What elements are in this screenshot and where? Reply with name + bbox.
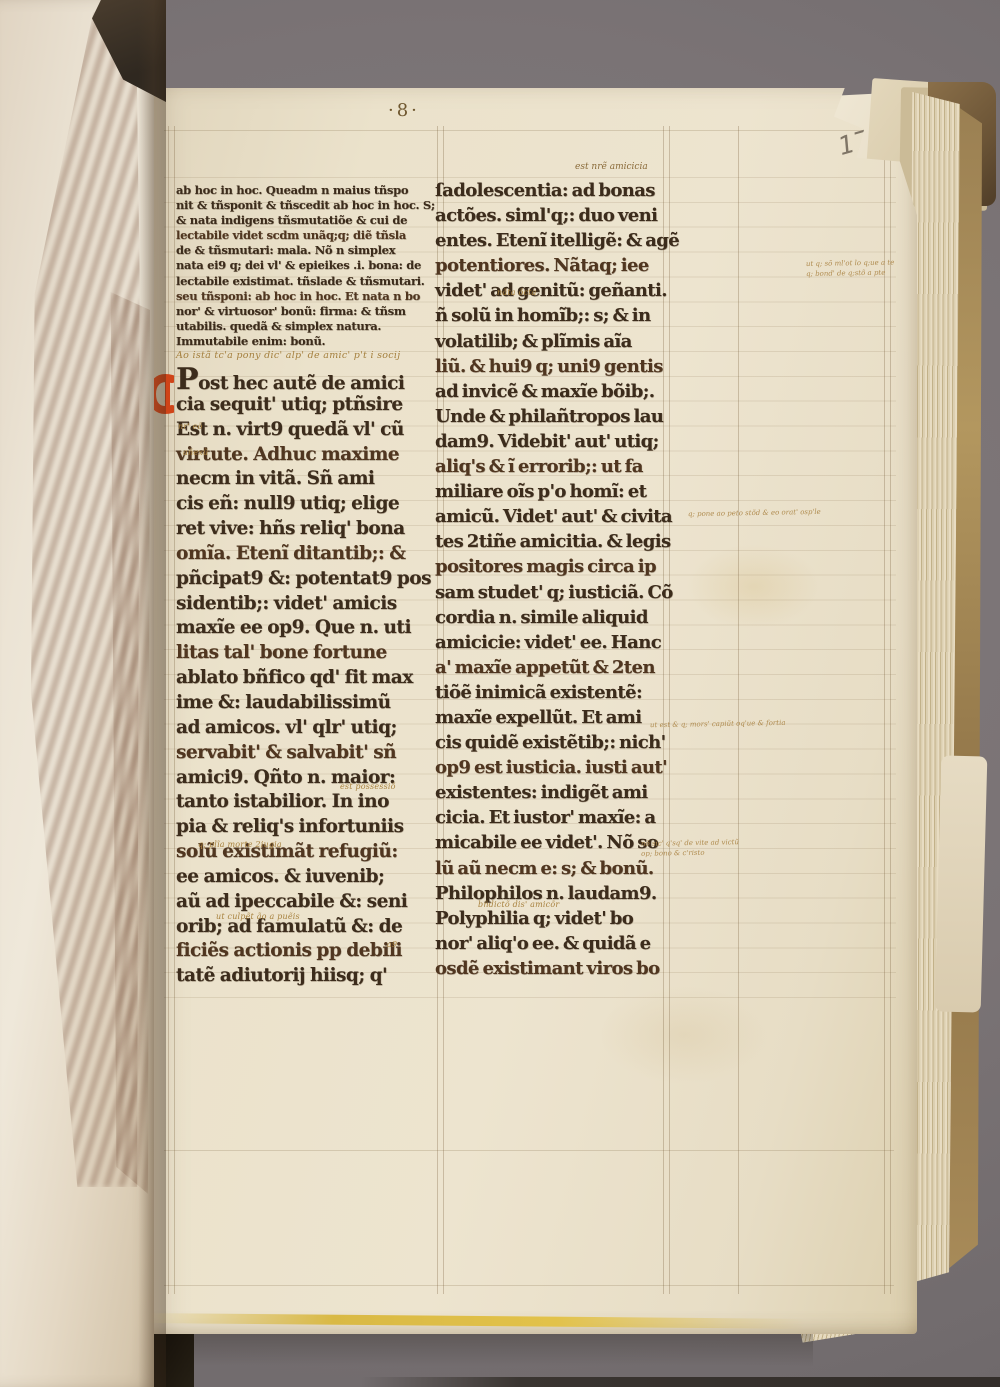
text-line: ad amicos. vl' qlr' utiq; — [176, 716, 444, 741]
text-line: liũ. & hui9 q; uni9 gentis — [435, 354, 669, 379]
interlinear-gloss: ut culpẽt ão a puẽis — [216, 912, 300, 921]
text-line: necm in vitã. Sñ ami — [176, 467, 444, 492]
text-line: amicũ. Videt' aut' & civita — [435, 504, 669, 529]
text-line: entes. Etenĩ itelligẽ: & agẽ — [435, 228, 669, 253]
text-line: cicia. Et iustor' maxĩe: a — [435, 805, 669, 830]
text-line: maxĩe expellũt. Et ami — [435, 705, 669, 730]
ruling-line-horizontal — [164, 1285, 894, 1286]
text-line: existentes: indigẽt ami — [435, 780, 669, 805]
margin-note: ut q; sõ ml'ot lo q;ue a te q; bond' de … — [806, 257, 921, 279]
ruling-line-vertical — [168, 126, 169, 1294]
ruling-line-vertical — [884, 126, 885, 1294]
interlinear-gloss: q; plĩa morte 2iugia — [198, 840, 282, 849]
gutter-shadow — [138, 0, 166, 1387]
text-line: osdẽ existimant viros bo — [435, 956, 669, 981]
text-line: cis eñ: null9 utiq; elige — [176, 492, 444, 517]
text-line: virtute. Adhuc maxime — [176, 443, 444, 468]
text-line: ab hoc in hoc. Queadm n maius tñspo — [176, 183, 444, 198]
text-line: amicicie: videt' ee. Hanc — [435, 630, 669, 655]
ruling-line-vertical — [669, 126, 670, 1294]
text-line: a' maxĩe appetũt & 2ten — [435, 655, 669, 680]
text-line: nit & tñsponit & tñscedit ab hoc in hoc.… — [176, 198, 444, 213]
text-line: dam9. Videbit' aut' utiq; — [435, 429, 669, 454]
margin-note: nõ sic' q'sq' de vite ad victũ op; bono … — [641, 837, 739, 859]
text-line: positores magis circa ip — [435, 554, 669, 579]
ruling-line-vertical — [174, 126, 175, 1294]
text-line: nata ei9 q; dei vl' & epieikes .i. bona:… — [176, 258, 444, 273]
left-column-text: Post hec autẽ de amicicia sequit' utiq; … — [176, 368, 444, 989]
ruling-line-horizontal — [164, 130, 894, 131]
interlinear-gloss: a9 — [387, 940, 397, 949]
photo-backdrop: 4 ·8· 173 — [0, 0, 1000, 1387]
manuscript-page: ·8· 173 ab hoc in hoc. Queadm n maius tñ… — [140, 88, 917, 1334]
table-edge-shadow — [360, 1377, 1000, 1387]
text-line: de & tñsmutari: mala. Nõ n simplex — [176, 243, 444, 258]
text-line: ablato bñfico qd' fit max — [176, 666, 444, 691]
text-line: micabile ee videt'. Nõ so — [435, 830, 669, 855]
text-line: Unde & philañtropos lau — [435, 404, 669, 429]
text-line: tatẽ adiutorij hiisq; q' — [176, 964, 444, 989]
text-line: ad invicẽ & maxĩe bõib;. — [435, 379, 669, 404]
interlinear-gloss: nãta õcta — [497, 288, 537, 297]
text-line: ee amicos. & iuvenib; — [176, 865, 444, 890]
interlinear-gloss: nr' eõ — [178, 422, 202, 431]
text-line: maxĩe ee op9. Que n. uti — [176, 616, 444, 641]
text-line: actões. siml'q;: duo veni — [435, 203, 669, 228]
facing-page-curled — [0, 0, 154, 1387]
interlinear-heading-gloss: est nrẽ amicicia — [575, 162, 648, 172]
text-line: pñcipat9 &: potentat9 pos — [176, 567, 444, 592]
text-line: op9 est iusticia. iusti aut' — [435, 755, 669, 780]
text-line: Polyphilia q; videt' bo — [435, 906, 669, 931]
right-column-text: ſadolescentia: ad bonasactões. siml'q;: … — [435, 178, 669, 981]
text-line: Est n. virt9 quedã vl' cũ — [176, 418, 444, 443]
interlinear-gloss: bñdictõ dis' amicõr — [478, 900, 559, 909]
text-line: utabilis. quedã & simplex natura. — [176, 319, 444, 334]
ruling-line-vertical — [890, 126, 891, 1294]
text-line: ñ solũ in homĩb;: s; & in — [435, 303, 669, 328]
left-column-commentary: ab hoc in hoc. Queadm n maius tñsponit &… — [176, 183, 444, 349]
text-line: ficiẽs actionis pp debili — [176, 939, 444, 964]
text-line: servabit' & salvabit' sñ — [176, 741, 444, 766]
text-line: ſadolescentia: ad bonas — [435, 178, 669, 203]
rubric-line: Ao istã tc'a pony dic' alp' de amic' p't… — [176, 350, 401, 361]
text-line: pia & reliq's infortuniis — [176, 815, 444, 840]
text-line: aliq's & ĩ errorib;: ut fa — [435, 454, 669, 479]
text-line: Immutabile enim: bonũ. — [176, 334, 444, 349]
text-line: amici9. Qñto n. maior: — [176, 766, 444, 791]
text-line: cis quidẽ existẽtib;: nich' — [435, 730, 669, 755]
ruling-line-horizontal — [164, 1150, 894, 1151]
text-line: tiõẽ inimicã existentẽ: — [435, 680, 669, 705]
text-line: aũ ad ipeccabile &: seni — [176, 890, 444, 915]
text-line: omĩa. Etenĩ ditantib;: & — [176, 542, 444, 567]
interlinear-gloss: añexũ — [183, 448, 208, 457]
text-line: tanto istabilior. In ino — [176, 790, 444, 815]
text-line: cordia n. simile aliquid — [435, 605, 669, 630]
text-line: ret vive: hñs reliq' bona — [176, 517, 444, 542]
ruling-line-vertical — [738, 126, 739, 1294]
text-line: volatilib; & plĩmis aĩa — [435, 329, 669, 354]
interlinear-gloss: est possessiõ — [340, 782, 396, 791]
text-line: potentiores. Nãtaq; iee — [435, 253, 669, 278]
text-line: sidentib;: videt' amicis — [176, 592, 444, 617]
text-line: lectabile videt scdm unãq;q; diẽ tñsla — [176, 228, 444, 243]
text-line: ime &: laudabilissimũ — [176, 691, 444, 716]
text-line: lectabile existimat. tñslade & tñsmutari… — [176, 274, 444, 289]
text-line: nor' & virtuosor' bonũ: firma: & tñsm — [176, 304, 444, 319]
text-line: cia sequit' utiq; ptñsire — [176, 393, 444, 418]
text-line: sam studet' q; iusticiã. Cõ — [435, 580, 669, 605]
text-line: seu tñsponi: ab hoc in hoc. Et nata n bo — [176, 289, 444, 304]
text-line: lũ aũ necm e: s; & bonũ. — [435, 856, 669, 881]
text-line: nor' aliq'o ee. & quidã e — [435, 931, 669, 956]
quire-number: ·8· — [388, 100, 420, 121]
text-line: & nata indigens tñsmutatiõe & cui de — [176, 213, 444, 228]
text-line: videt' ad genitũ: geñanti. — [435, 278, 669, 303]
text-line: Post hec autẽ de amici — [176, 368, 444, 393]
text-line: litas tal' bone fortune — [176, 641, 444, 666]
torn-cover-flap — [935, 755, 988, 1012]
text-line: miliare oĩs p'o homĩ: et — [435, 479, 669, 504]
text-line: tes 2tiñe amicitia. & legis — [435, 529, 669, 554]
